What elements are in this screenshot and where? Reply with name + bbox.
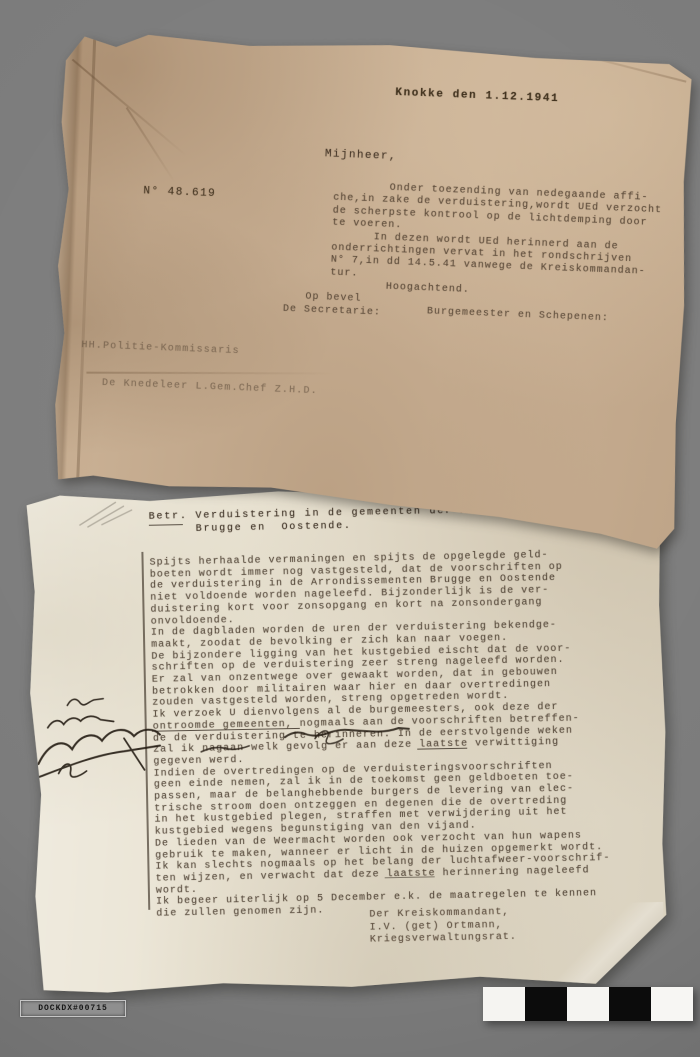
photo-background: Betr. Verduistering in de gemeenten der …	[0, 0, 700, 1057]
pen-strikethrough-small	[198, 742, 252, 757]
calibration-square	[651, 987, 693, 1021]
typed-op-bevel: Op bevel	[305, 292, 361, 305]
calibration-strip	[483, 987, 693, 1021]
pen-strikethrough	[281, 723, 411, 745]
letter-bottom-paper: Betr. Verduistering in de gemeenten der …	[21, 478, 673, 998]
handwritten-annotation	[27, 683, 179, 790]
calibration-square	[567, 987, 609, 1021]
typed-signature-block: Der Kreiskommandant, I.V. (get) Ortmann,…	[369, 907, 517, 947]
calibration-square	[525, 987, 567, 1021]
calibration-square	[609, 987, 651, 1021]
typed-body: Onder toezending van nedegaande affi- ch…	[330, 181, 663, 305]
calibration-square	[483, 987, 525, 1021]
folded-corner	[553, 902, 665, 984]
archive-label: DOCKDX#00715	[20, 1000, 126, 1017]
letter-top-paper: Knokke den 1.12.1941 Mijnheer, N° 48.619…	[40, 14, 695, 552]
